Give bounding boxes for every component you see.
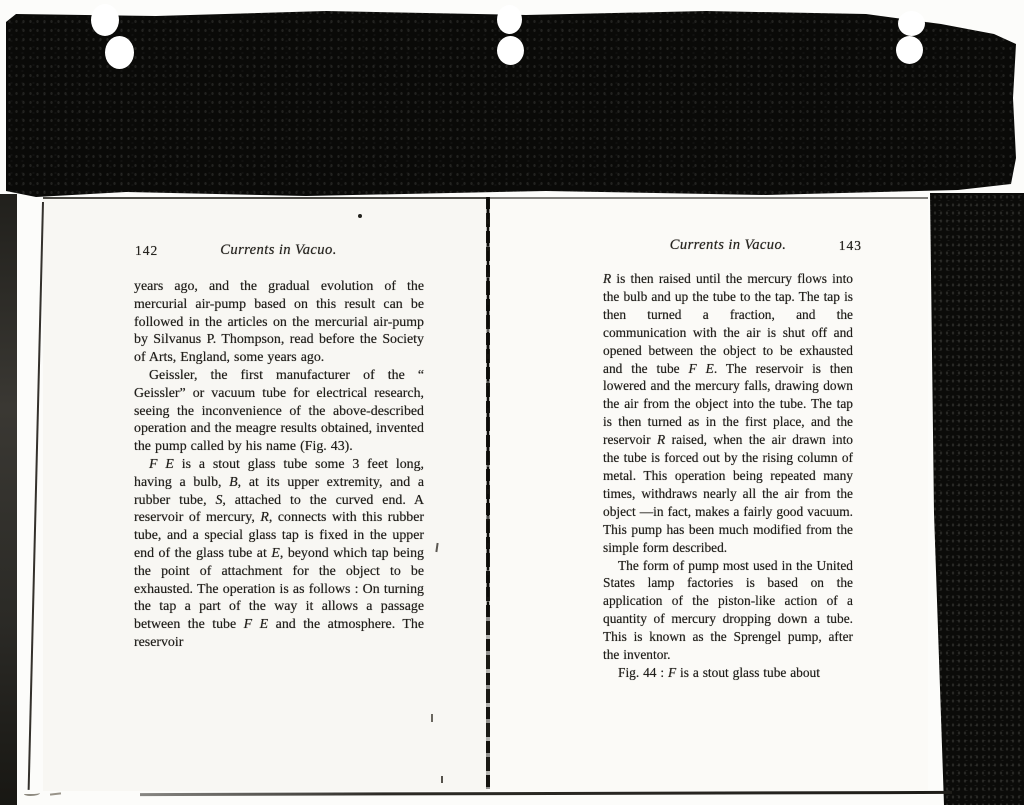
pencil-mark [24, 791, 40, 796]
punch-hole [898, 11, 925, 36]
paragraph: Fig. 44 : F is a stout glass tube about [603, 664, 853, 682]
ink-speck [441, 776, 443, 783]
paragraph: The form of pump most used in the United… [603, 557, 853, 664]
page-header-right: Currents in Vacuo. 143 [602, 237, 854, 254]
punch-hole [497, 5, 522, 34]
page-body-left: years ago, and the gradual evolution of … [134, 278, 424, 652]
punch-hole [497, 36, 524, 65]
paragraph: Geissler, the first manufacturer of the … [134, 367, 424, 456]
page-number: 143 [839, 238, 862, 254]
scanner-right-band [926, 193, 1024, 805]
page-bottom-edge [140, 791, 952, 796]
pencil-mark [50, 792, 61, 795]
punch-hole [896, 36, 923, 64]
page-body-right: R is then raised until the mercury flows… [603, 270, 853, 682]
ink-speck [431, 714, 433, 722]
page-header-left: 142 Currents in Vacuo. [135, 242, 422, 259]
paragraph: R is then raised until the mercury flows… [603, 270, 853, 557]
book-gutter-shadow [487, 197, 489, 617]
page-number: 142 [135, 243, 158, 259]
running-title: Currents in Vacuo. [602, 237, 854, 254]
paragraph: years ago, and the gradual evolution of … [134, 278, 424, 367]
running-title: Currents in Vacuo. [135, 242, 422, 259]
scanner-left-band [0, 194, 17, 805]
page-edge-line [28, 202, 44, 790]
ink-speck [358, 214, 362, 218]
punch-hole [105, 36, 134, 69]
paragraph: F E is a stout glass tube some 3 feet lo… [134, 456, 424, 652]
punch-hole [91, 4, 119, 36]
